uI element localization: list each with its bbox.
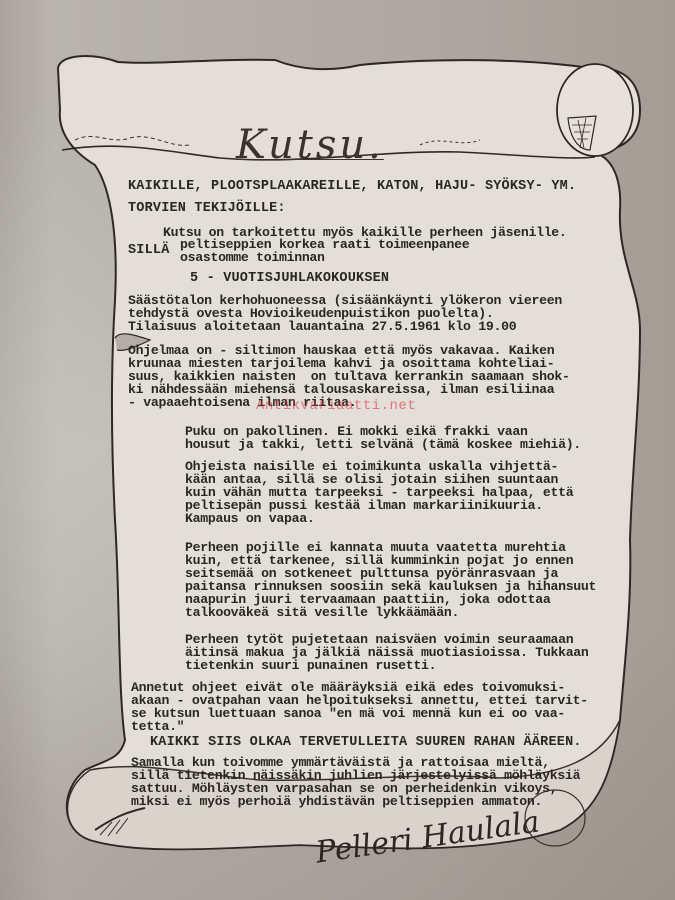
invitation-document: Kutsu. KAIKILLE, PLOOTSPLAAKAREILLE, KAT… [0, 0, 675, 900]
dress-line: housut ja takki, letti selvänä (tämä kos… [185, 438, 581, 451]
welcome-line: KAIKKI SIIS OLKAA TERVETULLEITA SUUREN R… [150, 736, 582, 749]
signature: Pelleri Haulala [314, 804, 542, 870]
header-line: KAIKILLE, PLOOTSPLAAKAREILLE, KATON, HAJ… [128, 180, 576, 193]
intro-side-label: SILLÄ [128, 244, 170, 257]
women-line: Kampaus on vapaa. [185, 512, 314, 525]
closing-line: miksi ei myös perhoiä yhdistävän peltise… [131, 795, 542, 808]
watermark: Antikvariaatti.net [256, 398, 416, 414]
boys-line: talkooväkeä sitä vesille lykkäämään. [185, 606, 459, 619]
location-line: Tilaisuus aloitetaan lauantaina 27.5.196… [128, 320, 516, 333]
notes-line: tetta." [131, 720, 184, 733]
header-line: TORVIEN TEKIJÖILLE: [128, 202, 286, 215]
intro-line: osastomme toiminnan [180, 251, 325, 264]
girls-line: tietenkin suuri punainen rusetti. [185, 659, 436, 672]
notes-line: se kutsun luettuaan sanoa "en mä voi men… [131, 707, 565, 720]
event-heading: 5 - VUOTISJUHLAKOKOUKSEN [190, 272, 389, 285]
document-title: Kutsu. [236, 122, 384, 168]
